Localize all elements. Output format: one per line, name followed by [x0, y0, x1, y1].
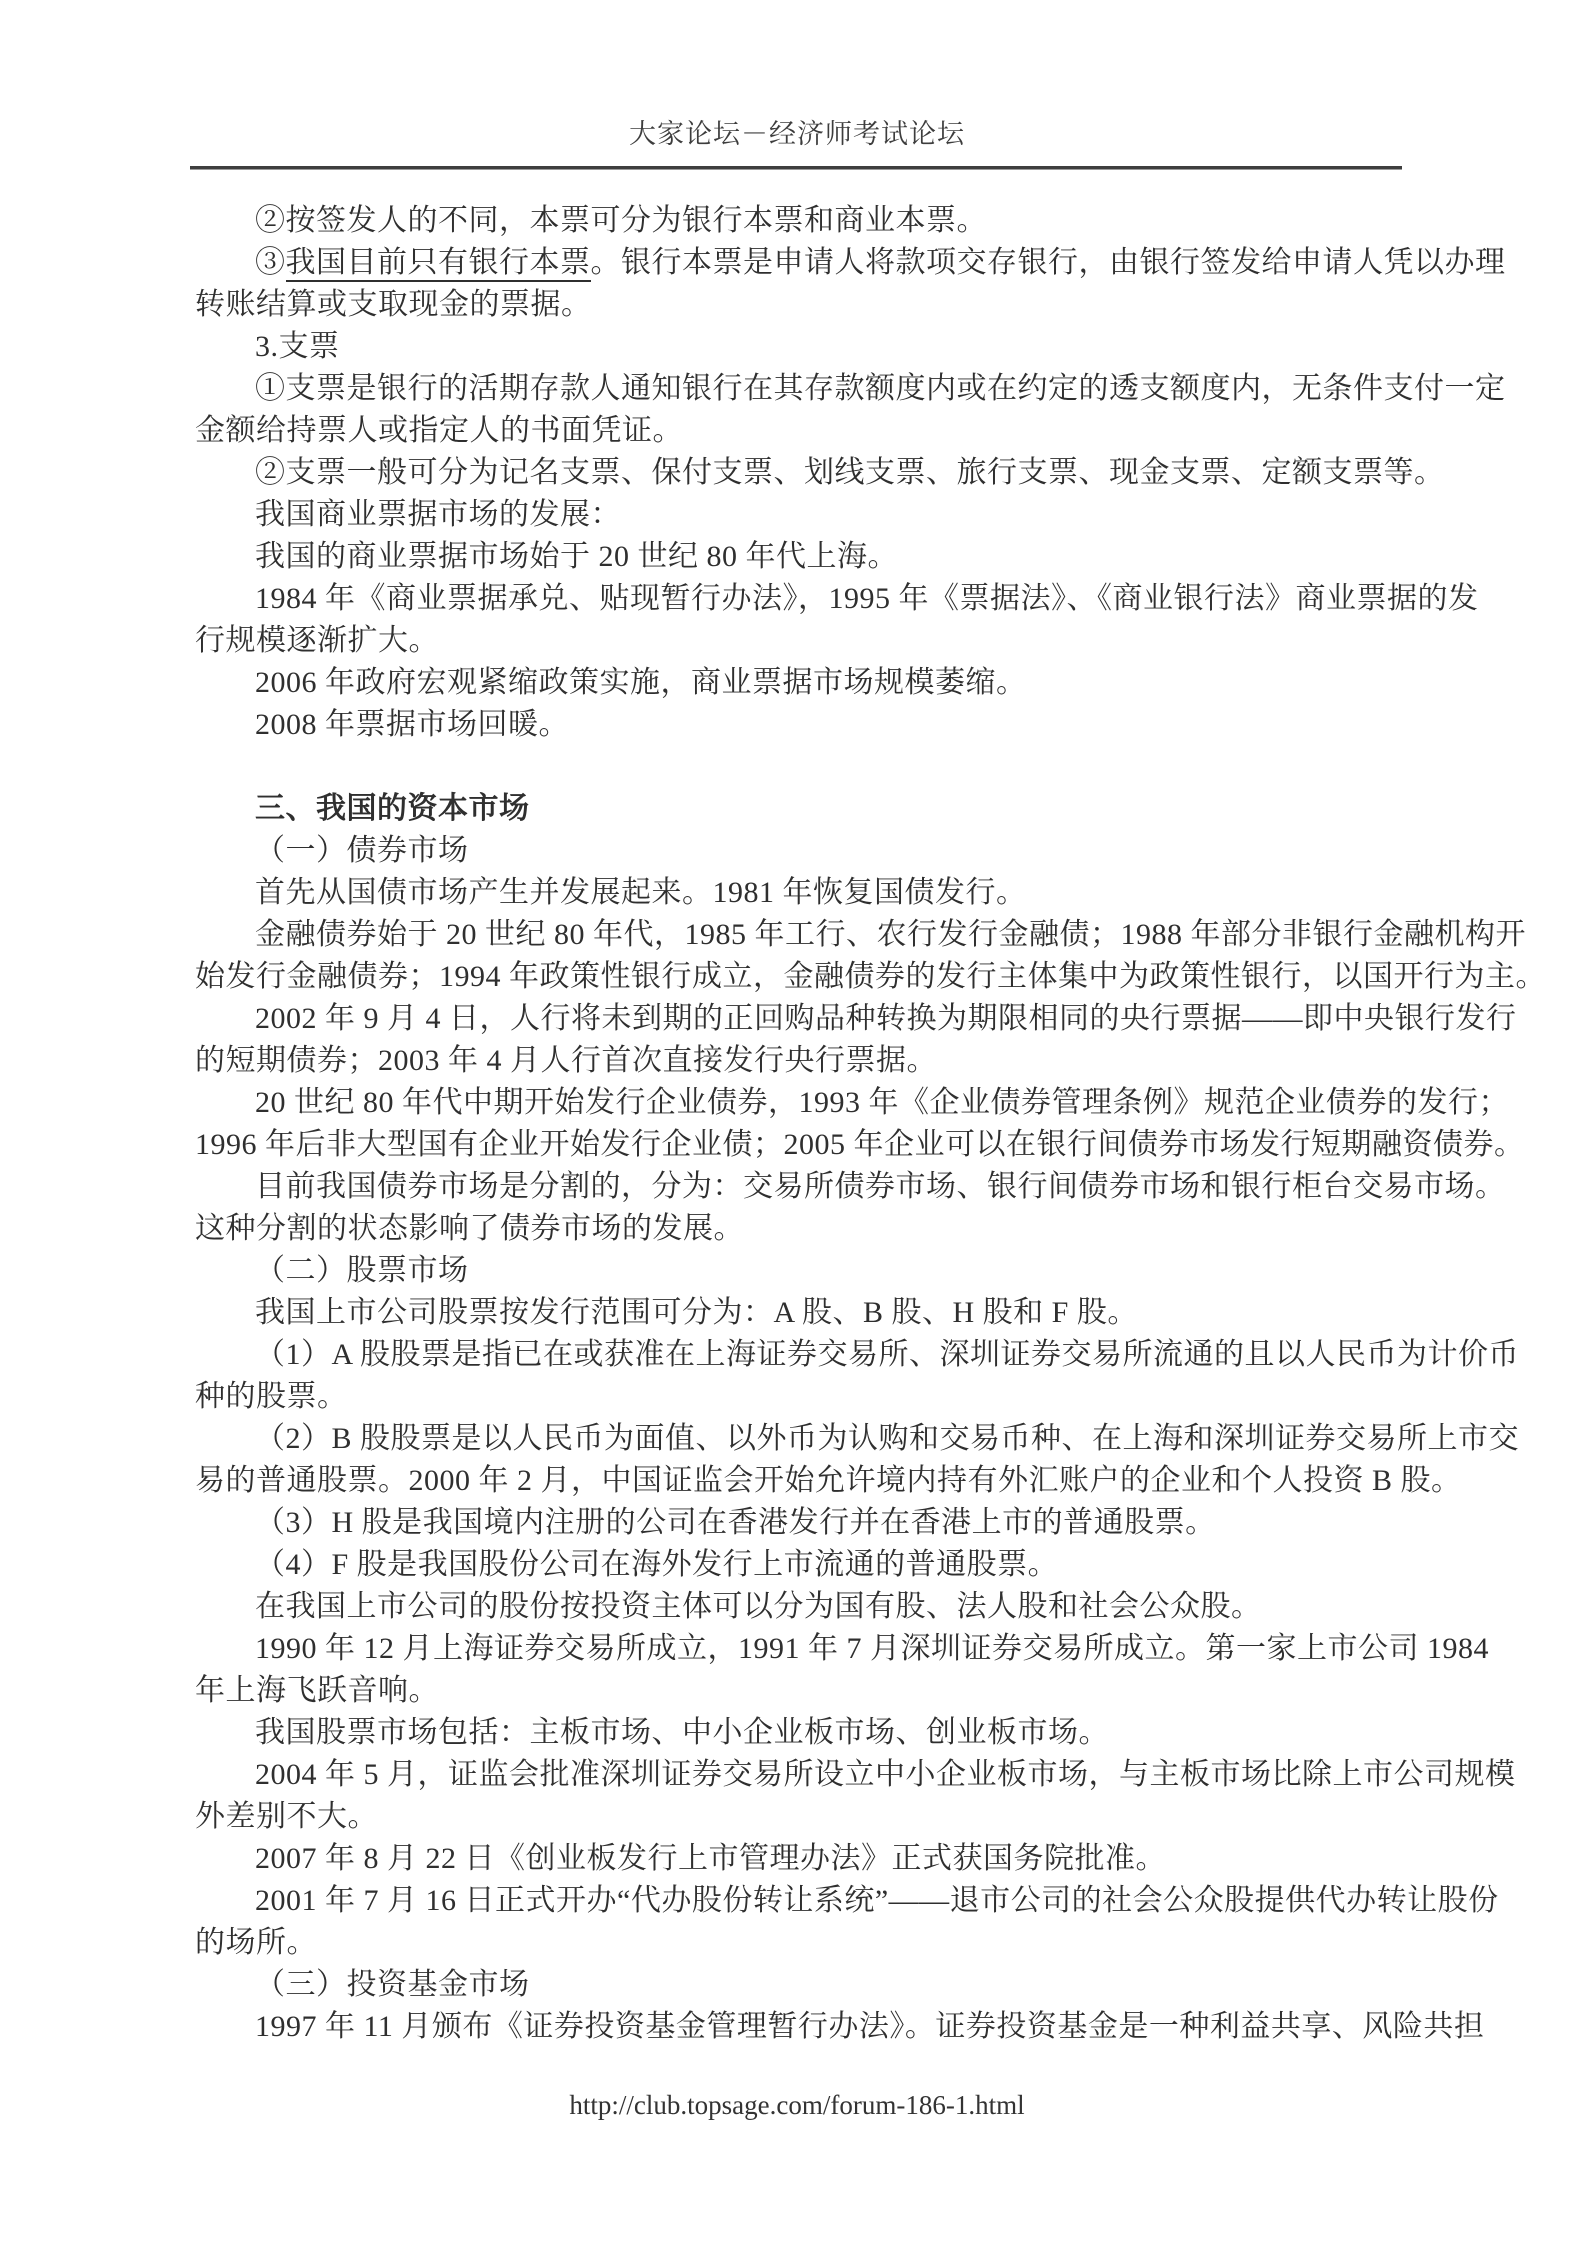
text-line: （一）债券市场 — [195, 830, 1405, 872]
text-line: 2002 年 9 月 4 日，人行将未到期的正回购品种转换为期限相同的央行票据—… — [195, 998, 1405, 1040]
text-line: 始发行金融债券；1994 年政策性银行成立，金融债券的发行主体集中为政策性银行，… — [195, 956, 1405, 998]
text-line: 目前我国债券市场是分割的，分为：交易所债券市场、银行间债券市场和银行柜台交易市场… — [195, 1166, 1405, 1208]
text-line: 1996 年后非大型国有企业开始发行企业债；2005 年企业可以在银行间债券市场… — [195, 1124, 1405, 1166]
text-line: 金额给持票人或指定人的书面凭证。 — [195, 410, 1405, 452]
text-line: 1997 年 11 月颁布《证券投资基金管理暂行办法》。证券投资基金是一种利益共… — [195, 2006, 1405, 2048]
text-line: 外差别不大。 — [195, 1796, 1405, 1838]
document-page: 大家论坛－经济师考试论坛 ②按签发人的不同，本票可分为银行本票和商业本票。③我国… — [0, 0, 1594, 2252]
text-line: 2004 年 5 月，证监会批准深圳证券交易所设立中小企业板市场，与主板市场比除… — [195, 1754, 1405, 1796]
text-line: 的短期债券；2003 年 4 月人行首次直接发行央行票据。 — [195, 1040, 1405, 1082]
section-heading: 三、我国的资本市场 — [195, 788, 1405, 830]
text-line: 1990 年 12 月上海证券交易所成立，1991 年 7 月深圳证券交易所成立… — [195, 1628, 1405, 1670]
text-line: 我国商业票据市场的发展： — [195, 494, 1405, 536]
text-line: 2008 年票据市场回暖。 — [195, 704, 1405, 746]
text-line: 在我国上市公司的股份按投资主体可以分为国有股、法人股和社会公众股。 — [195, 1586, 1405, 1628]
text-line: 首先从国债市场产生并发展起来。1981 年恢复国债发行。 — [195, 872, 1405, 914]
text-line: 我国的商业票据市场始于 20 世纪 80 年代上海。 — [195, 536, 1405, 578]
text-line: 我国股票市场包括：主板市场、中小企业板市场、创业板市场。 — [195, 1712, 1405, 1754]
page-footer: http://club.topsage.com/forum-186-1.html — [0, 2090, 1594, 2121]
text-line: 易的普通股票。2000 年 2 月，中国证监会开始允许境内持有外汇账户的企业和个… — [195, 1460, 1405, 1502]
text-line: （1）A 股股票是指已在或获准在上海证券交易所、深圳证券交易所流通的且以人民币为… — [195, 1334, 1405, 1376]
page-header: 大家论坛－经济师考试论坛 — [0, 112, 1594, 151]
header-title: 大家论坛－经济师考试论坛 — [629, 119, 965, 149]
underlined-text: 我国目前只有银行本票 — [286, 246, 591, 282]
text-line: （2）B 股股票是以人民币为面值、以外币为认购和交易币种、在上海和深圳证券交易所… — [195, 1418, 1405, 1460]
text-line: 转账结算或支取现金的票据。 — [195, 284, 1405, 326]
text-line: ①支票是银行的活期存款人通知银行在其存款额度内或在约定的透支额度内，无条件支付一… — [195, 368, 1405, 410]
text-line: （3）H 股是我国境内注册的公司在香港发行并在香港上市的普通股票。 — [195, 1502, 1405, 1544]
text-line: （三）投资基金市场 — [195, 1964, 1405, 2006]
text-line: ③我国目前只有银行本票。银行本票是申请人将款项交存银行，由银行签发给申请人凭以办… — [195, 242, 1405, 284]
text-line: 行规模逐渐扩大。 — [195, 620, 1405, 662]
text-line: ②支票一般可分为记名支票、保付支票、划线支票、旅行支票、现金支票、定额支票等。 — [195, 452, 1405, 494]
text-line: 这种分割的状态影响了债券市场的发展。 — [195, 1208, 1405, 1250]
text-line: （二）股票市场 — [195, 1250, 1405, 1292]
text-line: （4）F 股是我国股份公司在海外发行上市流通的普通股票。 — [195, 1544, 1405, 1586]
text-line: 2001 年 7 月 16 日正式开办“代办股份转让系统”——退市公司的社会公众… — [195, 1880, 1405, 1922]
header-rule — [190, 166, 1402, 170]
text-line: ②按签发人的不同，本票可分为银行本票和商业本票。 — [195, 200, 1405, 242]
text-line: 1984 年《商业票据承兑、贴现暂行办法》，1995 年《票据法》、《商业银行法… — [195, 578, 1405, 620]
document-body: ②按签发人的不同，本票可分为银行本票和商业本票。③我国目前只有银行本票。银行本票… — [195, 200, 1405, 2048]
text-line: 的场所。 — [195, 1922, 1405, 1964]
text-line: 种的股票。 — [195, 1376, 1405, 1418]
text-line: 3.支票 — [195, 326, 1405, 368]
text-line: 我国上市公司股票按发行范围可分为：A 股、B 股、H 股和 F 股。 — [195, 1292, 1405, 1334]
text-line: 年上海飞跃音响。 — [195, 1670, 1405, 1712]
text-line: 2006 年政府宏观紧缩政策实施，商业票据市场规模萎缩。 — [195, 662, 1405, 704]
footer-url: http://club.topsage.com/forum-186-1.html — [569, 2090, 1024, 2120]
text-line: 金融债券始于 20 世纪 80 年代，1985 年工行、农行发行金融债；1988… — [195, 914, 1405, 956]
text-line: 20 世纪 80 年代中期开始发行企业债券，1993 年《企业债券管理条例》规范… — [195, 1082, 1405, 1124]
text-line: 2007 年 8 月 22 日《创业板发行上市管理办法》正式获国务院批准。 — [195, 1838, 1405, 1880]
